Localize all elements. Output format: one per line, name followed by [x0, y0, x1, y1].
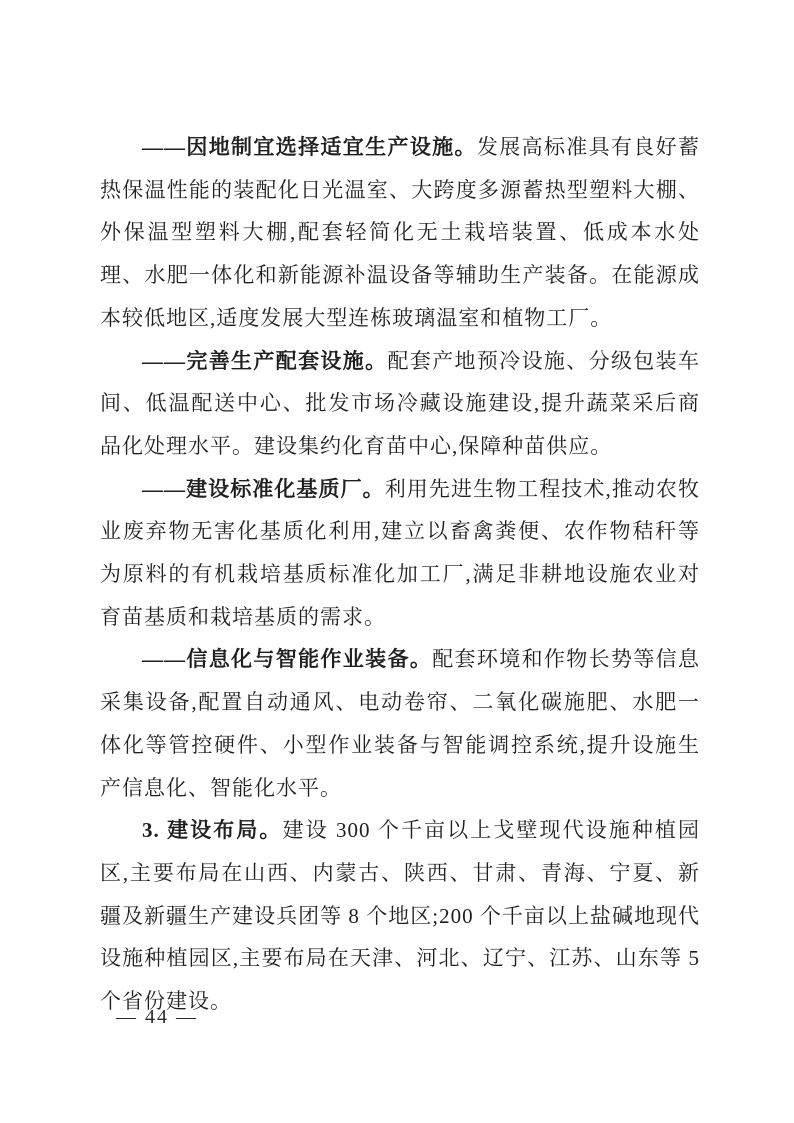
page-footer: — 44 —: [116, 1006, 198, 1029]
paragraph-smart-equipment: ——信息化与智能作业装备。配套环境和作物长势等信息采集设备,配置自动通风、电动卷…: [100, 638, 700, 809]
paragraph-substrate-factory: ——建设标准化基质厂。利用先进生物工程技术,推动农牧业废弃物无害化基质化利用,建…: [100, 468, 700, 639]
paragraph-lead: ——建设标准化基质厂。: [142, 477, 385, 501]
paragraph-construction-layout: 3. 建设布局。建设 300 个千亩以上戈壁现代设施种植园区,主要布局在山西、内…: [100, 809, 700, 1023]
document-page: ——因地制宜选择适宜生产设施。发展高标准具有良好蓄热保温性能的装配化日光温室、大…: [0, 0, 794, 1123]
document-body: ——因地制宜选择适宜生产设施。发展高标准具有良好蓄热保温性能的装配化日光温室、大…: [100, 126, 700, 1023]
paragraph-lead: ——因地制宜选择适宜生产设施。: [142, 135, 477, 159]
paragraph-text: 发展高标准具有良好蓄热保温性能的装配化日光温室、大跨度多源蓄热型塑料大棚、外保温…: [100, 135, 700, 330]
paragraph-supporting-facilities: ——完善生产配套设施。配套产地预冷设施、分级包装车间、低温配送中心、批发市场冷藏…: [100, 340, 700, 468]
paragraph-lead: ——信息化与智能作业装备。: [142, 647, 432, 671]
paragraph-lead: 3. 建设布局。: [142, 818, 283, 842]
paragraph-facility-selection: ——因地制宜选择适宜生产设施。发展高标准具有良好蓄热保温性能的装配化日光温室、大…: [100, 126, 700, 340]
page-number: — 44 —: [116, 1006, 198, 1028]
paragraph-lead: ——完善生产配套设施。: [142, 349, 387, 373]
paragraph-text: 建设 300 个千亩以上戈壁现代设施种植园区,主要布局在山西、内蒙古、陕西、甘肃…: [100, 818, 700, 1013]
